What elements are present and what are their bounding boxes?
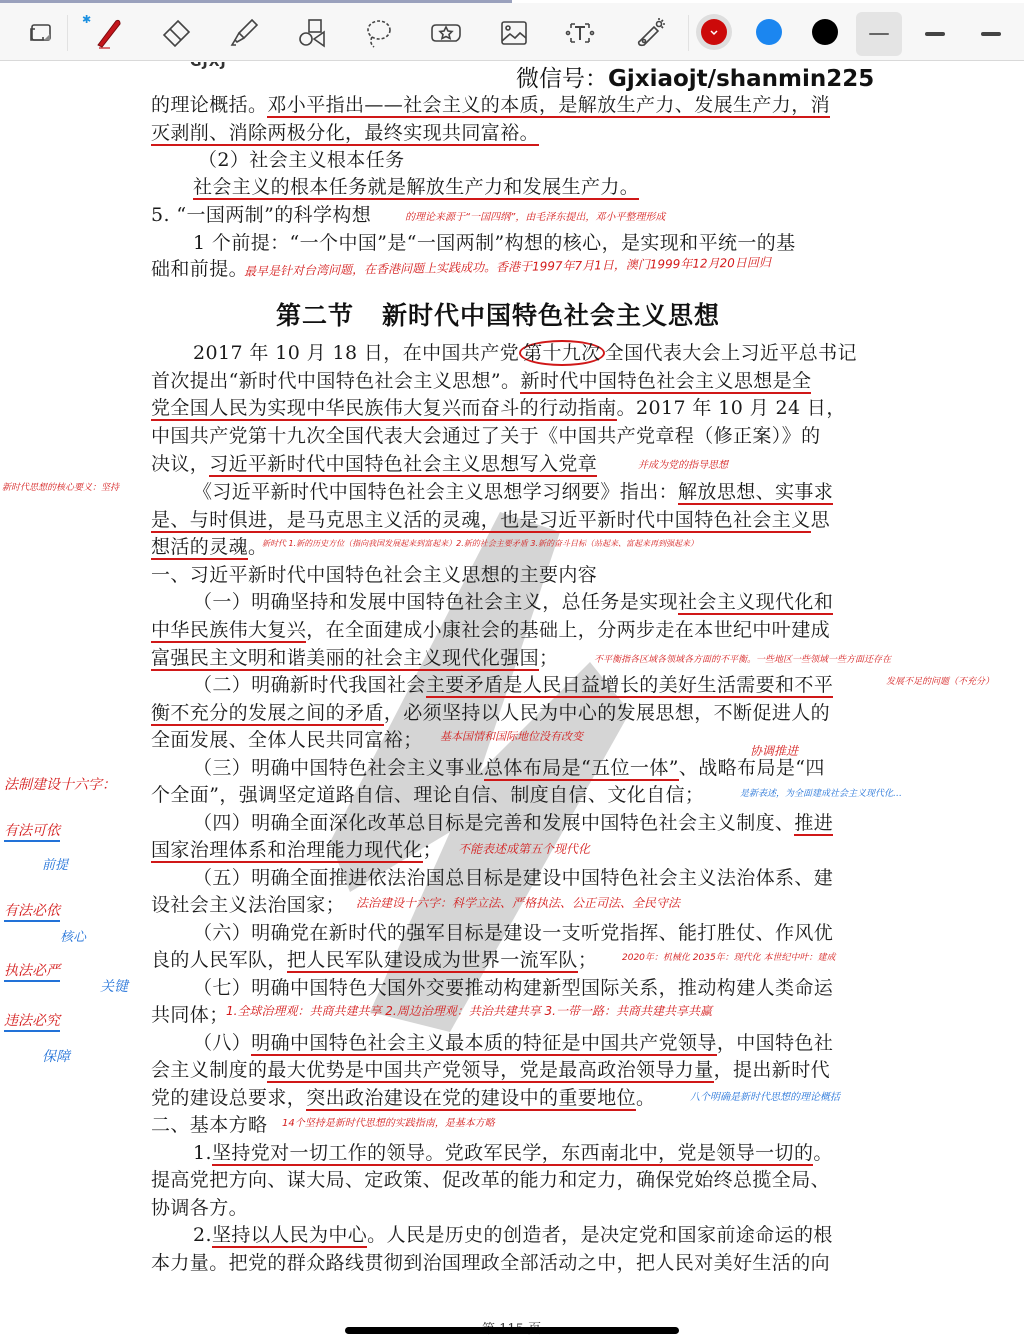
text-line: 党的建设总要求，突出政治建设在党的建设中的重要地位。: [151, 1085, 655, 1111]
text-line: 衡不充分的发展之间的矛盾，必须坚持以人民为中心的发展思想，不断促进人的: [151, 700, 830, 726]
handwritten-note: 法治建设十六字：科学立法、严格执法、公正司法、全民守法: [356, 894, 680, 911]
text-line: （四）明确全面深化改革总目标是完善和发展中国特色社会主义制度、推进: [193, 810, 833, 836]
handwritten-note: 发展不足的问题（不充分）: [886, 674, 994, 687]
text-line: 1.坚持党对一切工作的领导。党政军民学，东西南北中，党是领导一切的。: [193, 1140, 833, 1166]
text-line: 党全国人民为实现中华民族伟大复兴而奋斗的行动指南。2017 年 10 月 24 …: [151, 395, 846, 421]
text-line: 会主义制度的最大优势是中国共产党领导，党是最高政治领导力量，提出新时代: [151, 1057, 830, 1083]
text-line: 是、与时俱进，是马克思主义活的灵魂，也是习近平新时代中国特色社会主义思: [151, 507, 830, 533]
annotation-toolbar: ✱: [0, 3, 1024, 61]
handwritten-note: 法制建设十六字：: [4, 774, 116, 794]
text-box-icon: [562, 15, 598, 51]
text-line: 中华民族伟大复兴，在全面建成小康社会的基础上，分两步走在本世纪中叶建成: [151, 617, 830, 643]
text-line: 想活的灵魂。: [151, 534, 267, 560]
section-heading: 第二节新时代中国特色社会主义思想: [276, 296, 720, 332]
color-swatch-red[interactable]: [701, 19, 727, 45]
text-line: 灭剥削、消除两极分化，最终实现共同富裕。: [151, 120, 539, 146]
text-line: 《习近平新时代中国特色社会主义思想学习纲要》指出：解放思想、实事求: [193, 479, 833, 505]
page-layout-button[interactable]: [18, 11, 62, 55]
handwritten-note: 保障: [42, 1046, 70, 1066]
handwritten-note: 14个坚持是新时代思想的实践指南，是基本方略: [282, 1114, 495, 1129]
highlighter-tool-button[interactable]: [222, 11, 266, 55]
image-tool-button[interactable]: [492, 11, 536, 55]
shapes-tool-button[interactable]: [290, 11, 334, 55]
handwritten-note: 的理论来源于“一国四纲”，由毛泽东提出，邓小平整理形成: [405, 208, 665, 223]
highlighter-icon: [226, 15, 262, 51]
sticker-icon: [428, 15, 464, 51]
text-line: 础和前提。: [151, 256, 248, 282]
wechat-watermark-text: 微信号：Gjxiaojt/shanmin225: [516, 62, 874, 93]
text-line: （一）明确坚持和发展中国特色社会主义，总任务是实现社会主义现代化和: [193, 589, 833, 615]
text-line: 2017 年 10 月 18 日，在中国共产党第十九次全国代表大会上习近平总书记: [193, 340, 857, 366]
text-line: 个全面”，强调坚定道路自信、理论自信、制度自信、文化自信；: [151, 782, 704, 808]
eraser-icon: [158, 15, 194, 51]
text-line: 决议，习近平新时代中国特色社会主义思想写入党章: [151, 451, 597, 477]
chevron-down-icon: [709, 27, 719, 37]
laser-pointer-tool-button[interactable]: [628, 11, 672, 55]
handwritten-note: 是新表述，为全面建成社会主义现代化…: [740, 786, 902, 799]
stroke-width-thick[interactable]: [968, 12, 1014, 56]
text-line: （八）明确中国特色社会主义最本质的特征是中国共产党领导，中国特色社: [193, 1030, 833, 1056]
handwritten-note: 最早是针对台湾问题，在香港问题上实践成功。香港于1997年7月1日，澳门1999…: [244, 253, 771, 279]
handwritten-note: 有法可依: [4, 820, 60, 842]
pen-icon: [90, 15, 126, 51]
text-line: （二）明确新时代我国社会主要矛盾是人民日益增长的美好生活需要和不平: [193, 672, 833, 698]
text-line: 5. “一国两制”的科学构想: [151, 202, 371, 228]
handwritten-note: 不平衡指各区域各领域各方面的不平衡。一些地区一些领域一些方面还存在: [594, 652, 891, 665]
text-line: （六）明确党在新时代的强军目标是建设一支听党指挥、能打胜仗、作风优: [193, 920, 833, 946]
text-line: 国家治理体系和治理能力现代化；: [151, 837, 442, 863]
color-swatch-black[interactable]: [812, 19, 838, 45]
image-icon: [496, 15, 532, 51]
text-line: 共同体；: [151, 1002, 229, 1028]
stroke-width-thin[interactable]: [856, 12, 902, 56]
handwritten-note: 不能表述成第五个现代化: [458, 840, 590, 857]
eraser-tool-button[interactable]: [154, 11, 198, 55]
handwritten-note: 并成为党的指导思想: [638, 456, 728, 471]
handwritten-note: 新时代 1.新的历史方位（指向我国发展起来到富起来）2.新的社会主要矛盾 3.新…: [262, 538, 698, 549]
text-line: 中国共产党第十九次全国代表大会通过了关于《中国共产党章程（修正案）》的: [151, 423, 821, 449]
text-line: （2）社会主义根本任务: [198, 147, 405, 173]
page-layout-icon: [22, 15, 58, 51]
shapes-icon: [294, 15, 330, 51]
handwritten-note: 前提: [42, 854, 68, 873]
text-line: 本力量。把党的群众路线贯彻到治国理政全部活动之中，把人民对美好生活的向: [151, 1250, 830, 1276]
handwritten-note: 新时代思想的核心要义：坚持: [2, 480, 142, 493]
handwritten-note: 八个明确是新时代思想的理论概括: [690, 1088, 840, 1103]
text-line: 设社会主义法治国家；: [151, 892, 345, 918]
text-line: （五）明确全面推进依法治国总目标是建设中国特色社会主义法治体系、建: [193, 865, 833, 891]
text-line: （三）明确中国特色社会主义事业总体布局是“五位一体”、战略布局是“四: [193, 755, 825, 781]
text-line: 的理论概括。邓小平指出——社会主义的本质，是解放生产力、发展生产力，消: [151, 92, 830, 118]
toolbar-divider: [67, 15, 68, 51]
text-line: （七）明确中国特色大国外交要推动构建新型国际关系，推动构建人类命运: [193, 975, 833, 1001]
text-line: 富强民主文明和谐美丽的社会主义现代化强国；: [151, 645, 558, 671]
toolbar-divider: [688, 15, 689, 51]
subsection-heading: 二、基本方略: [151, 1112, 267, 1138]
lasso-tool-button[interactable]: [356, 11, 400, 55]
sticker-tool-button[interactable]: [424, 11, 468, 55]
subsection-heading: 一、习近平新时代中国特色社会主义思想的主要内容: [151, 562, 597, 588]
document-page[interactable]: GJXJ 微信号：Gjxiaojt/shanmin225 的理论概括。邓小平指出…: [0, 62, 1024, 1344]
handwritten-note: 违法必究: [4, 1010, 60, 1032]
text-box-tool-button[interactable]: [558, 11, 602, 55]
text-line: 1 个前提：“一个中国”是“一国两制”构想的核心，是实现和平统一的基: [193, 230, 796, 256]
handwritten-note: 执法必严: [4, 960, 60, 982]
home-indicator[interactable]: [345, 1327, 679, 1334]
text-line: 协调各方。: [151, 1195, 248, 1221]
stroke-width-medium[interactable]: [912, 12, 958, 56]
color-swatch-blue[interactable]: [756, 19, 782, 45]
lasso-icon: [360, 15, 396, 51]
text-line: 社会主义的根本任务就是解放生产力和发展生产力。: [193, 174, 639, 200]
handwritten-note: 协调推进: [750, 742, 798, 759]
handwritten-note: 核心: [60, 926, 86, 945]
handwritten-note: 2020年：机械化 2035年：现代化 本世纪中叶：建成: [622, 950, 836, 963]
text-line: 全面发展、全体人民共同富裕；: [151, 727, 423, 753]
text-line: 首次提出“新时代中国特色社会主义思想”。新时代中国特色社会主义思想是全: [151, 368, 811, 394]
text-line: 提高党把方向、谋大局、定政策、促改革的能力和定力，确保党始终总揽全局、: [151, 1167, 830, 1193]
page-header-text: GJXJ: [190, 62, 227, 70]
handwritten-note: 1.全球治理观：共商共建共享 2.周边治理观：共治共建共享 3.一带一路：共商共…: [226, 1002, 712, 1019]
text-line: 2.坚持以人民为中心。人民是历史的创造者，是决定党和国家前途命运的根: [193, 1222, 833, 1248]
handwritten-note: 有法必依: [4, 900, 60, 922]
pen-tool-button[interactable]: [86, 11, 130, 55]
text-line: 良的人民军队，把人民军队建设成为世界一流军队；: [151, 947, 597, 973]
handwritten-note: 关键: [100, 976, 128, 996]
handwritten-note: 基本国情和国际地位没有改变: [440, 728, 583, 744]
laser-pointer-icon: [632, 15, 668, 51]
